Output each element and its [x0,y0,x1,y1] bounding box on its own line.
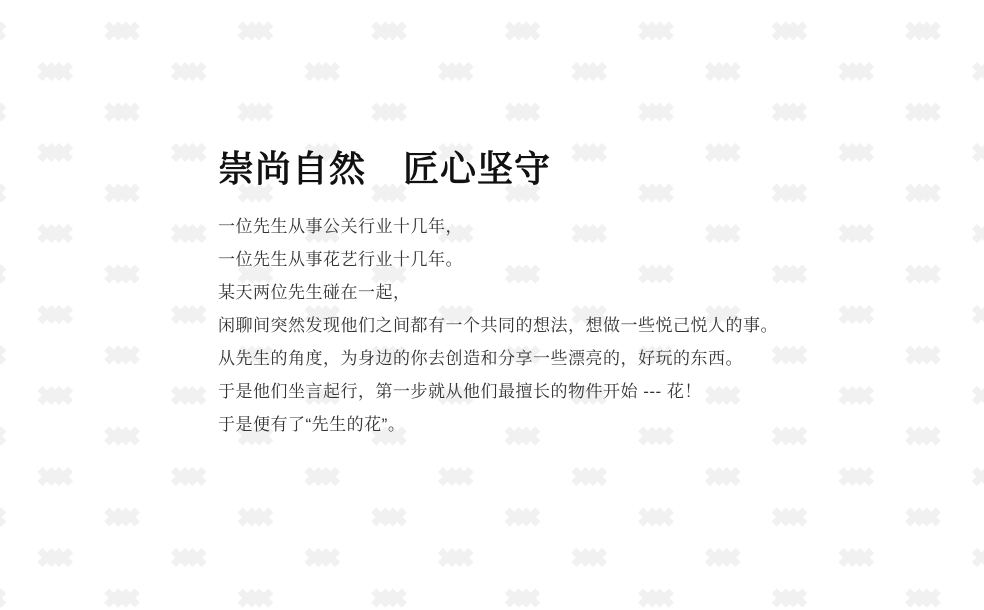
bow-tie-motif-icon [638,102,674,121]
bow-tie-motif-icon [505,102,541,121]
bow-tie-motif-icon [838,386,874,405]
bow-tie-motif-icon [705,467,741,486]
bow-tie-motif-icon [972,62,984,81]
bow-tie-motif-icon [37,224,73,243]
bow-tie-motif-icon [772,21,808,40]
bow-tie-motif-icon [37,386,73,405]
bow-tie-motif-icon [171,386,207,405]
bow-tie-motif-icon [838,62,874,81]
bow-tie-motif-icon [104,507,140,526]
bow-tie-motif-icon [772,507,808,526]
bow-tie-motif-icon [304,62,340,81]
bow-tie-motif-icon [972,386,984,405]
bow-tie-motif-icon [37,305,73,324]
bow-tie-motif-icon [371,21,407,40]
bow-tie-motif-icon [838,224,874,243]
bow-tie-motif-icon [571,467,607,486]
bow-tie-motif-icon [505,588,541,607]
bow-tie-motif-icon [0,102,6,121]
bow-tie-motif-icon [505,507,541,526]
bow-tie-motif-icon [104,264,140,283]
bow-tie-motif-icon [505,21,541,40]
bow-tie-motif-icon [972,305,984,324]
bow-tie-motif-icon [705,62,741,81]
bow-tie-motif-icon [0,183,6,202]
paragraph-line-4: 闲聊间突然发现他们之间都有一个共同的想法，想做一些悦己悦人的事。 [218,309,778,342]
bow-tie-motif-icon [104,21,140,40]
bow-tie-motif-icon [905,345,941,364]
bow-tie-motif-icon [772,102,808,121]
bow-tie-motif-icon [304,467,340,486]
bow-tie-motif-icon [438,62,474,81]
bow-tie-motif-icon [0,588,6,607]
bow-tie-motif-icon [571,62,607,81]
bow-tie-motif-icon [905,426,941,445]
bow-tie-motif-icon [905,507,941,526]
bow-tie-motif-icon [104,102,140,121]
bow-tie-motif-icon [371,507,407,526]
bow-tie-motif-icon [371,102,407,121]
bow-tie-motif-icon [905,102,941,121]
bow-tie-motif-icon [905,264,941,283]
paragraph-line-7: 于是便有了“先生的花”。 [218,408,778,441]
bow-tie-motif-icon [0,21,6,40]
bow-tie-motif-icon [238,588,274,607]
bow-tie-motif-icon [905,21,941,40]
paragraph-line-3: 某天两位先生碰在一起， [218,276,778,309]
bow-tie-motif-icon [638,507,674,526]
bow-tie-motif-icon [838,467,874,486]
page: 崇尚自然 匠心坚守 一位先生从事公关行业十几年， 一位先生从事花艺行业十几年。 … [0,0,984,610]
bow-tie-motif-icon [972,548,984,567]
bow-tie-motif-icon [171,224,207,243]
paragraph-line-5: 从先生的角度，为身边的你去创造和分享一些漂亮的，好玩的东西。 [218,342,778,375]
bow-tie-motif-icon [0,345,6,364]
bow-tie-motif-icon [238,21,274,40]
bow-tie-motif-icon [238,102,274,121]
bow-tie-motif-icon [838,143,874,162]
bow-tie-motif-icon [772,588,808,607]
bow-tie-motif-icon [905,183,941,202]
bow-tie-motif-icon [104,345,140,364]
bow-tie-motif-icon [171,467,207,486]
bow-tie-motif-icon [104,183,140,202]
bow-tie-motif-icon [0,264,6,283]
about-section: 崇尚自然 匠心坚守 一位先生从事公关行业十几年， 一位先生从事花艺行业十几年。 … [218,151,778,441]
page-title: 崇尚自然 匠心坚守 [218,151,778,187]
bow-tie-motif-icon [37,143,73,162]
bow-tie-motif-icon [171,305,207,324]
bow-tie-motif-icon [838,305,874,324]
bow-tie-motif-icon [0,507,6,526]
paragraph-line-2: 一位先生从事花艺行业十几年。 [218,243,778,276]
bow-tie-motif-icon [171,143,207,162]
bow-tie-motif-icon [37,62,73,81]
bow-tie-motif-icon [37,467,73,486]
bow-tie-motif-icon [104,426,140,445]
bow-tie-motif-icon [972,143,984,162]
bow-tie-motif-icon [972,467,984,486]
bow-tie-motif-icon [371,588,407,607]
bow-tie-motif-icon [171,62,207,81]
bow-tie-motif-icon [104,588,140,607]
bow-tie-motif-icon [304,548,340,567]
bow-tie-motif-icon [705,548,741,567]
intro-paragraph: 一位先生从事公关行业十几年， 一位先生从事花艺行业十几年。 某天两位先生碰在一起… [218,210,778,441]
bow-tie-motif-icon [638,588,674,607]
bow-tie-motif-icon [905,588,941,607]
bow-tie-motif-icon [438,467,474,486]
bow-tie-motif-icon [0,426,6,445]
paragraph-line-6: 于是他们坐言起行，第一步就从他们最擅长的物件开始 --- 花！ [218,375,778,408]
bow-tie-motif-icon [438,548,474,567]
bow-tie-motif-icon [171,548,207,567]
bow-tie-motif-icon [972,224,984,243]
bow-tie-motif-icon [37,548,73,567]
bow-tie-motif-icon [238,507,274,526]
paragraph-line-1: 一位先生从事公关行业十几年， [218,210,778,243]
bow-tie-motif-icon [838,548,874,567]
bow-tie-motif-icon [638,21,674,40]
bow-tie-motif-icon [571,548,607,567]
